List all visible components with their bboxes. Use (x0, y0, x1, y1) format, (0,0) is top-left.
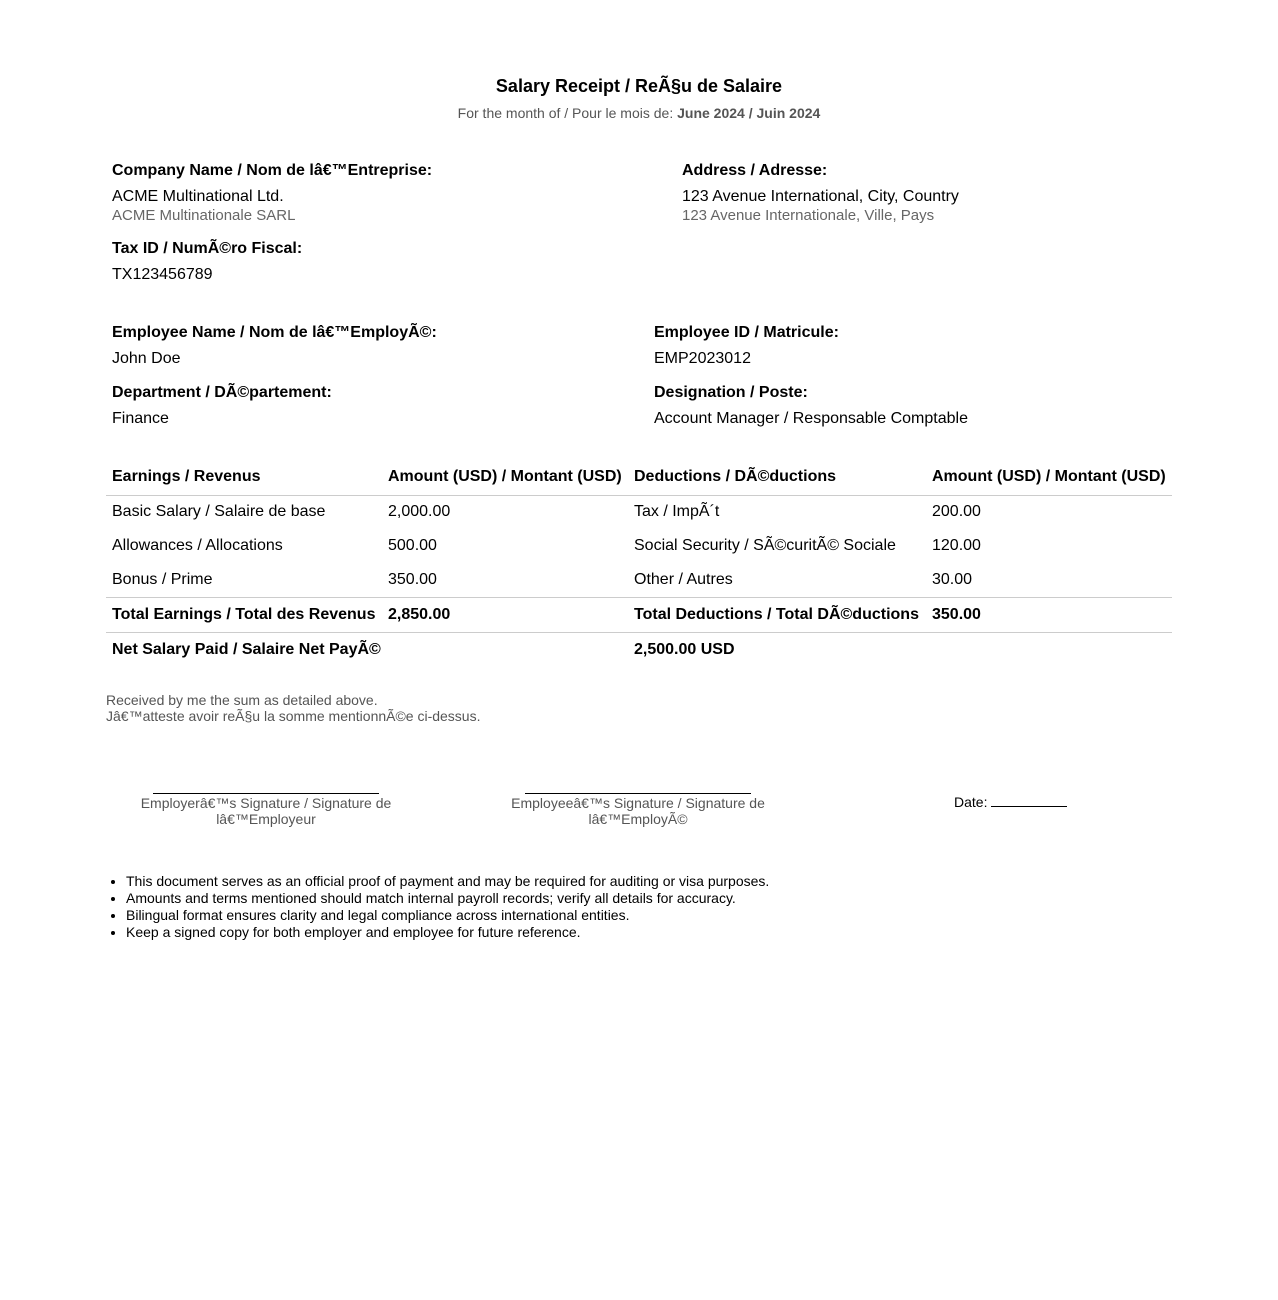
deduction-amount: 30.00 (926, 563, 1172, 597)
total-deductions-label: Total Deductions / Total DÃ©ductions (628, 597, 926, 632)
tax-id-value: TX123456789 (112, 266, 213, 284)
deduction-amount: 200.00 (926, 495, 1172, 529)
earning-amount: 2,000.00 (382, 495, 628, 529)
acknowledgement-en: Received by me the sum as detailed above… (106, 692, 481, 708)
employer-signature-label: Employerâ€™s Signature / Signature de lâ… (132, 795, 400, 827)
company-name-label: Company Name / Nom de lâ€™Entreprise: (112, 162, 432, 180)
designation-value: Account Manager / Responsable Comptable (654, 410, 968, 428)
note-item: Bilingual format ensures clarity and leg… (126, 907, 769, 924)
employer-signature-block: Employerâ€™s Signature / Signature de lâ… (132, 793, 400, 827)
deduction-amount: 120.00 (926, 529, 1172, 563)
period-line: For the month of / Pour le mois de: June… (106, 105, 1172, 121)
earning-amount: 350.00 (382, 563, 628, 597)
deduction-item: Other / Autres (628, 563, 926, 597)
deduction-item: Tax / ImpÃ´t (628, 495, 926, 529)
table-row: Allowances / Allocations 500.00 Social S… (106, 529, 1172, 563)
earning-item: Allowances / Allocations (106, 529, 382, 563)
net-salary-value: 2,500.00 USD (628, 632, 1172, 667)
employee-signature-line (525, 793, 751, 794)
employee-signature-block: Employeeâ€™s Signature / Signature de lâ… (504, 793, 772, 827)
note-item: This document serves as an official proo… (126, 873, 769, 890)
header-deductions-amount: Amount (USD) / Montant (USD) (926, 460, 1172, 495)
period-value: June 2024 / Juin 2024 (677, 105, 820, 121)
deduction-item: Social Security / SÃ©curitÃ© Sociale (628, 529, 926, 563)
table-header-row: Earnings / Revenus Amount (USD) / Montan… (106, 460, 1172, 495)
employee-name-label: Employee Name / Nom de lâ€™EmployÃ©: (112, 324, 437, 342)
net-salary-label: Net Salary Paid / Salaire Net PayÃ© (106, 632, 628, 667)
department-label: Department / DÃ©partement: (112, 384, 332, 402)
company-name-fr: ACME Multinationale SARL (112, 207, 295, 224)
page-title: Salary Receipt / ReÃ§u de Salaire (106, 76, 1172, 97)
table-row: Bonus / Prime 350.00 Other / Autres 30.0… (106, 563, 1172, 597)
address-fr: 123 Avenue Internationale, Ville, Pays (682, 207, 934, 224)
note-item: Amounts and terms mentioned should match… (126, 890, 769, 907)
note-item: Keep a signed copy for both employer and… (126, 924, 769, 941)
date-blank-line (991, 795, 1067, 807)
employee-id-label: Employee ID / Matricule: (654, 324, 839, 342)
employee-signature-label: Employeeâ€™s Signature / Signature de lâ… (504, 795, 772, 827)
acknowledgement-fr: Jâ€™atteste avoir reÃ§u la somme mention… (106, 708, 481, 724)
employee-id-value: EMP2023012 (654, 350, 751, 368)
employee-name-value: John Doe (112, 350, 181, 368)
acknowledgement: Received by me the sum as detailed above… (106, 692, 481, 724)
header-deductions: Deductions / DÃ©ductions (628, 460, 926, 495)
address-label: Address / Adresse: (682, 162, 827, 180)
net-salary-row: Net Salary Paid / Salaire Net PayÃ© 2,50… (106, 632, 1172, 667)
address-en: 123 Avenue International, City, Country (682, 188, 959, 206)
designation-label: Designation / Poste: (654, 384, 808, 402)
earning-item: Basic Salary / Salaire de base (106, 495, 382, 529)
date-field: Date: (954, 794, 1067, 810)
total-earnings-value: 2,850.00 (382, 597, 628, 632)
total-earnings-label: Total Earnings / Total des Revenus (106, 597, 382, 632)
date-label: Date: (954, 794, 987, 810)
earnings-deductions-table: Earnings / Revenus Amount (USD) / Montan… (106, 460, 1172, 667)
department-value: Finance (112, 410, 169, 428)
header-earnings: Earnings / Revenus (106, 460, 382, 495)
company-name-en: ACME Multinational Ltd. (112, 188, 284, 206)
period-label: For the month of / Pour le mois de: (458, 105, 674, 121)
header-earnings-amount: Amount (USD) / Montant (USD) (382, 460, 628, 495)
totals-row: Total Earnings / Total des Revenus 2,850… (106, 597, 1172, 632)
employer-signature-line (153, 793, 379, 794)
earning-amount: 500.00 (382, 529, 628, 563)
tax-id-label: Tax ID / NumÃ©ro Fiscal: (112, 240, 302, 258)
table-row: Basic Salary / Salaire de base 2,000.00 … (106, 495, 1172, 529)
notes-list: This document serves as an official proo… (106, 873, 769, 941)
earning-item: Bonus / Prime (106, 563, 382, 597)
total-deductions-value: 350.00 (926, 597, 1172, 632)
